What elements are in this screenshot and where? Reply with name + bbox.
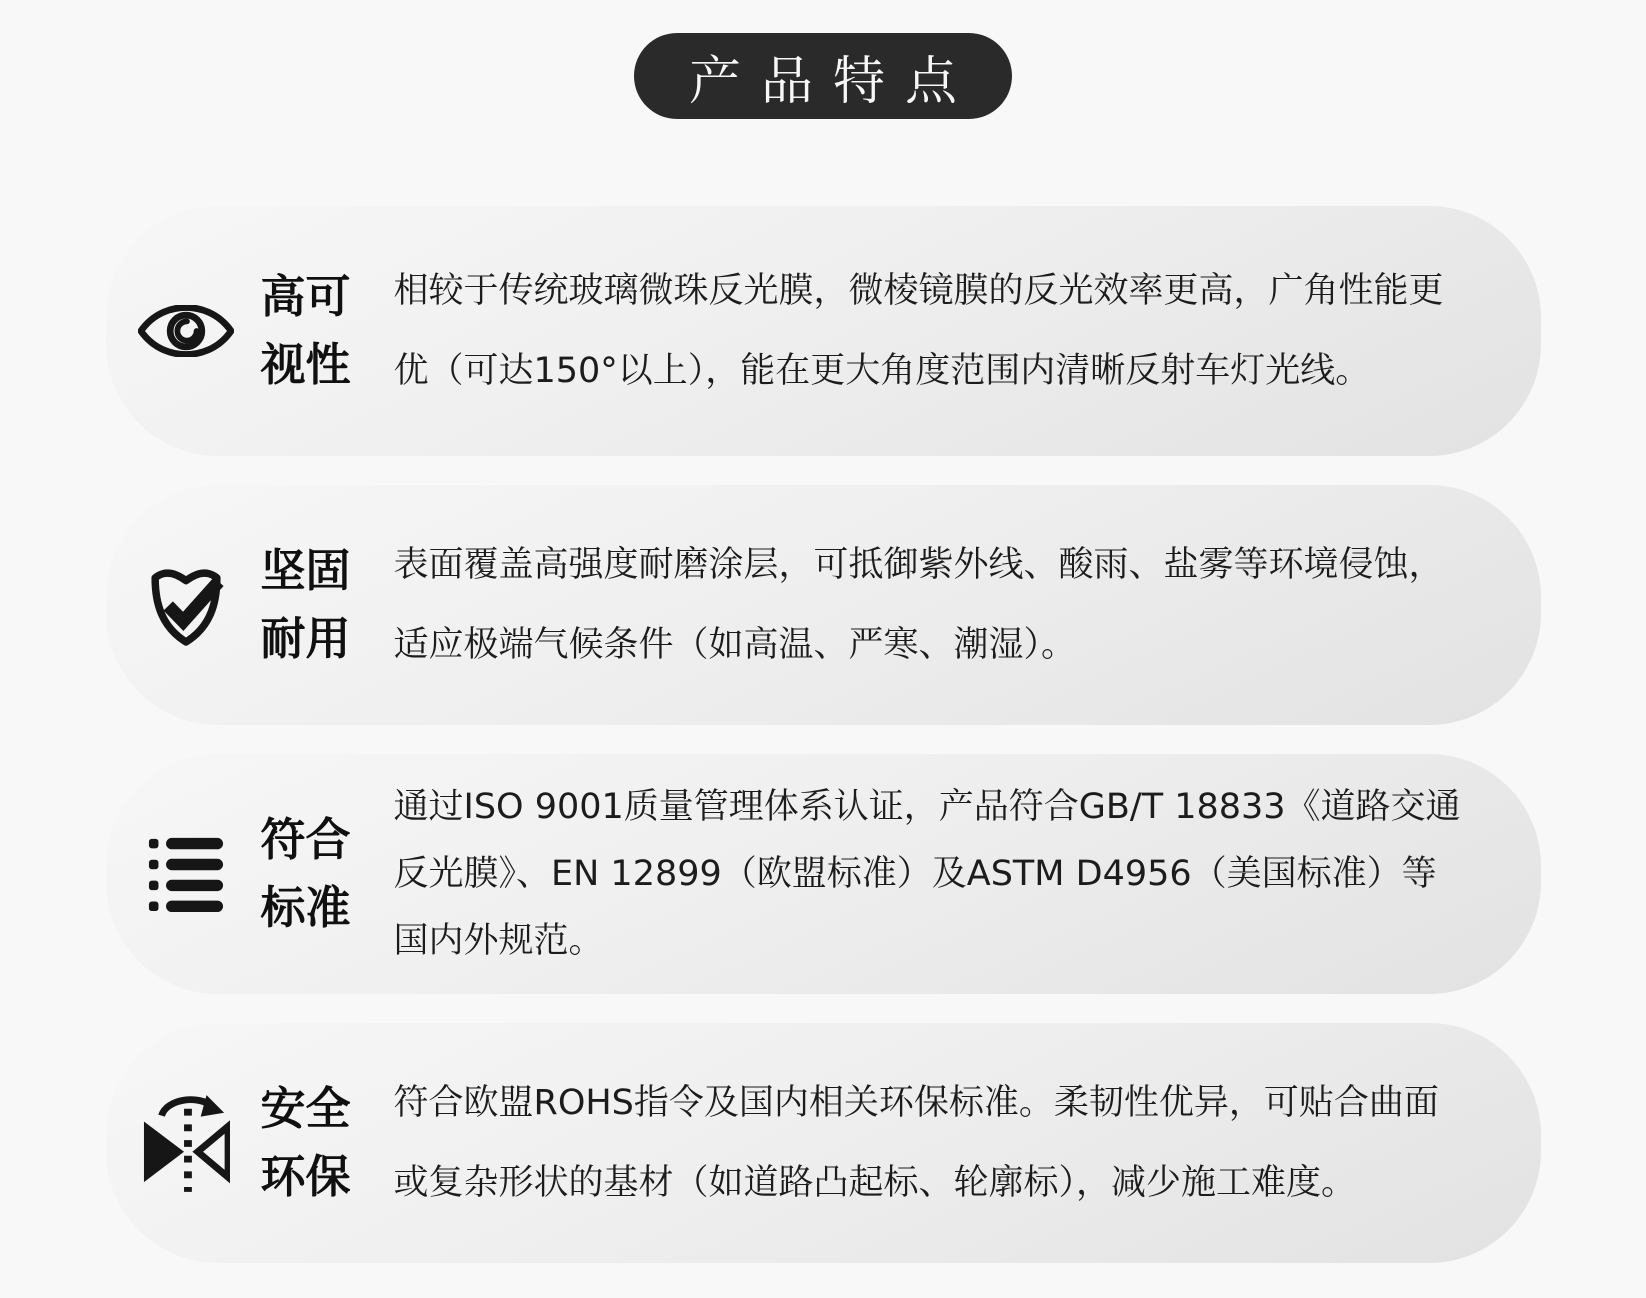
desc-line: 相较于传统玻璃微珠反光膜，微棱镜膜的反光效率更高，广角性能更 (394, 251, 1483, 331)
feature-desc: 相较于传统玻璃微珠反光膜，微棱镜膜的反光效率更高，广角性能更 优（可达150°以… (394, 251, 1483, 411)
page-title-badge: 产品特点 (634, 33, 1012, 119)
feature-card-durability: 坚固 耐用 表面覆盖高强度耐磨涂层，可抵御紫外线、酸雨、盐雾等环境侵蚀， 适应极… (106, 485, 1541, 725)
feature-title: 安全 环保 (261, 1075, 357, 1211)
feature-desc: 通过ISO 9001质量管理体系认证，产品符合GB/T 18833《道路交通 反… (394, 774, 1483, 975)
desc-line: 符合欧盟ROHS指令及国内相关环保标准。柔韧性优异，可贴合曲面 (394, 1063, 1483, 1143)
desc-line: 适应极端气候条件（如高温、严寒、潮湿）。 (394, 605, 1483, 685)
feature-card-list: 高可 视性 相较于传统玻璃微珠反光膜，微棱镜膜的反光效率更高，广角性能更 优（可… (106, 206, 1541, 1263)
eye-icon (136, 305, 236, 357)
page-title: 产品特点 (669, 39, 977, 114)
flip-symmetry-icon (136, 1088, 236, 1198)
feature-card-eco: 安全 环保 符合欧盟ROHS指令及国内相关环保标准。柔韧性优异，可贴合曲面 或复… (106, 1023, 1541, 1263)
checklist-icon (136, 833, 236, 915)
product-features-section: 产品特点 高可 视性 相较于传统玻璃微珠反光膜，微棱镜膜的反光效率更高，广角性能… (0, 0, 1646, 1298)
desc-line: 表面覆盖高强度耐磨涂层，可抵御紫外线、酸雨、盐雾等环境侵蚀， (394, 525, 1483, 605)
feature-title: 坚固 耐用 (261, 537, 357, 673)
feature-card-visibility: 高可 视性 相较于传统玻璃微珠反光膜，微棱镜膜的反光效率更高，广角性能更 优（可… (106, 206, 1541, 456)
feature-card-standards: 符合 标准 通过ISO 9001质量管理体系认证，产品符合GB/T 18833《… (106, 754, 1541, 994)
desc-line: 优（可达150°以上），能在更大角度范围内清晰反射车灯光线。 (394, 331, 1483, 411)
feature-title: 符合 标准 (261, 806, 357, 942)
desc-line: 或复杂形状的基材（如道路凸起标、轮廓标），减少施工难度。 (394, 1143, 1483, 1223)
desc-line: 通过ISO 9001质量管理体系认证，产品符合GB/T 18833《道路交通 (394, 774, 1483, 841)
shield-check-icon (136, 561, 236, 649)
desc-line: 国内外规范。 (394, 908, 1483, 975)
desc-line: 反光膜》、EN 12899（欧盟标准）及ASTM D4956（美国标准）等 (394, 841, 1483, 908)
feature-desc: 表面覆盖高强度耐磨涂层，可抵御紫外线、酸雨、盐雾等环境侵蚀， 适应极端气候条件（… (394, 525, 1483, 685)
feature-title: 高可 视性 (261, 263, 357, 399)
feature-desc: 符合欧盟ROHS指令及国内相关环保标准。柔韧性优异，可贴合曲面 或复杂形状的基材… (394, 1063, 1483, 1223)
